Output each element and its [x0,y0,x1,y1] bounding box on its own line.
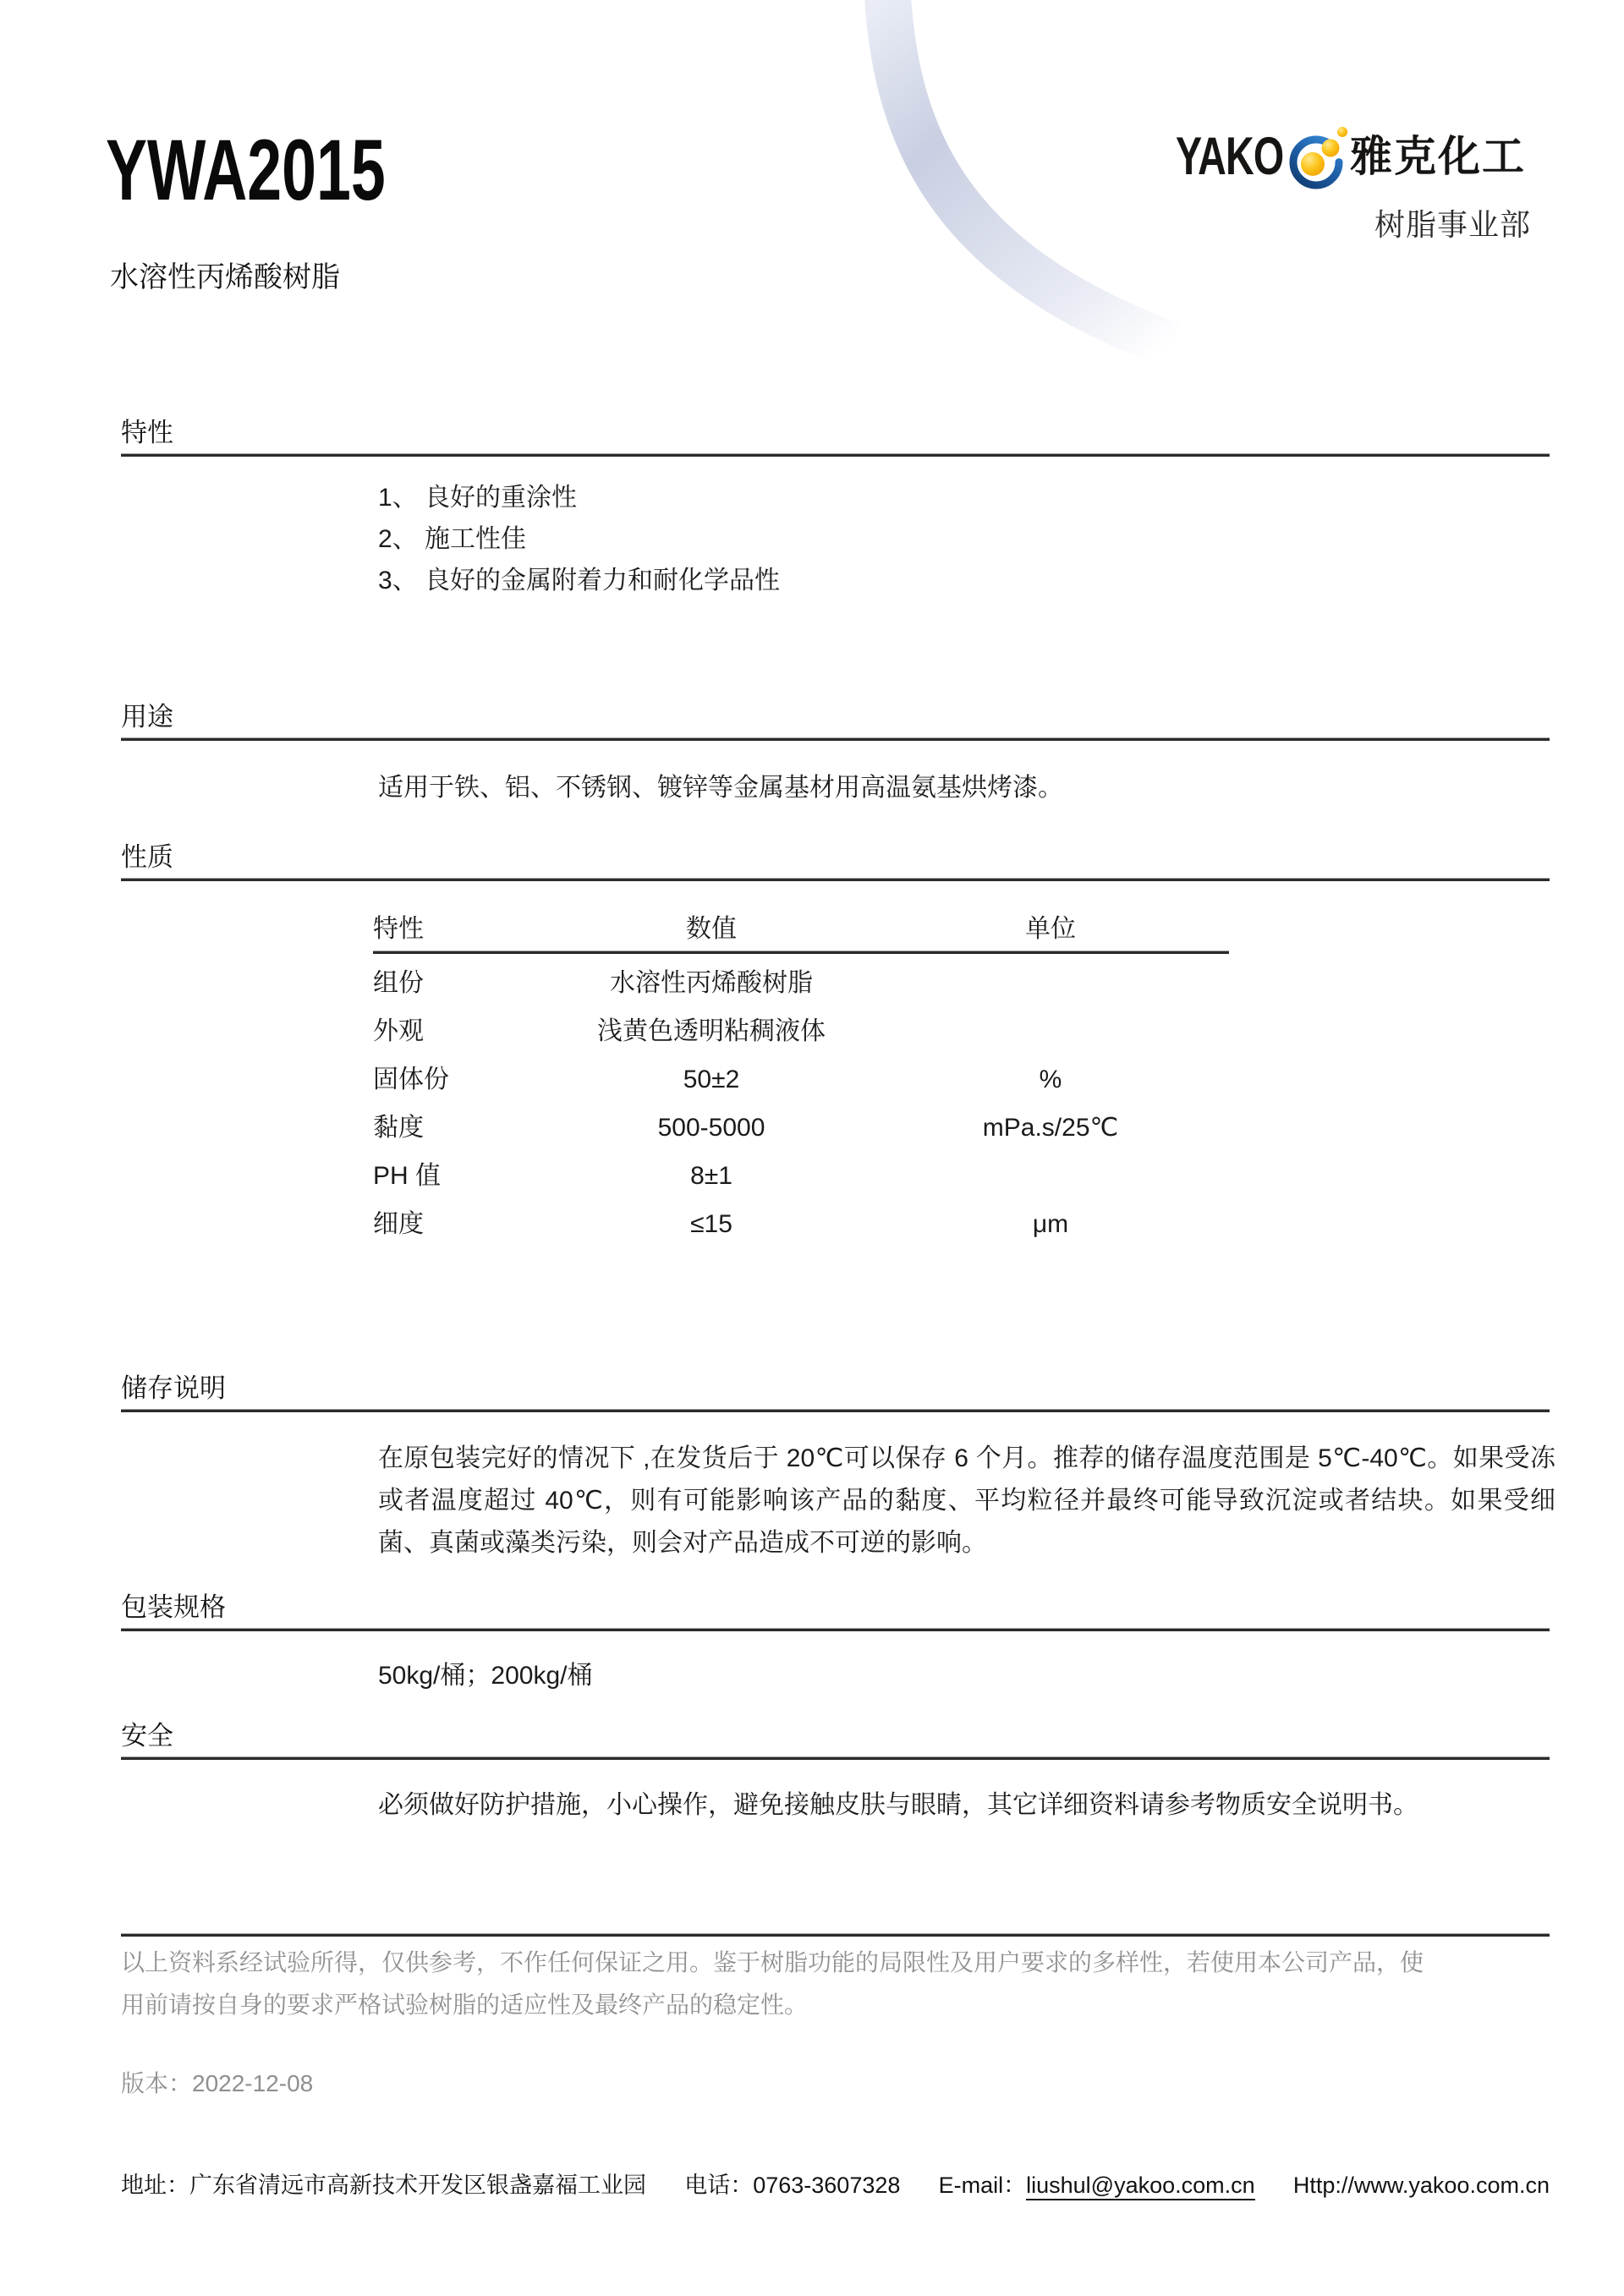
section-packaging: 包装规格 50kg/桶；200kg/桶 [121,1591,1550,1693]
email-link[interactable]: liushul@yakoo.com.cn [1026,2173,1255,2200]
yakoo-ring-icon [1284,103,1348,202]
table-row: 外观 浅黄色透明粘稠液体 [373,1007,1229,1055]
table-row: PH 值 8±1 [373,1152,1229,1200]
cell-unit: mPa.s/25℃ [872,1104,1229,1152]
feature-item: 2、 施工性佳 [378,518,1550,560]
company-logo: YAKO [1176,127,1544,241]
cell-value: ≤15 [551,1200,872,1248]
product-name-subtitle: 水溶性丙烯酸树脂 [110,254,340,295]
section-divider [121,878,1550,881]
website-text: Http://www.yakoo.com.cn [1293,2173,1550,2199]
cell-unit: % [872,1055,1229,1104]
table-col-header-property: 特性 [373,915,551,949]
version-label: 版本：2022-12-08 [121,2065,313,2099]
table-row: 固体份 50±2 % [373,1055,1229,1104]
table-row: 组份 水溶性丙烯酸树脂 [373,959,1229,1007]
table-col-header-unit: 单位 [872,915,1229,949]
section-divider [121,453,1550,457]
address-text: 地址：广东省清远市高新技术开发区银盏嘉福工业园 [121,2167,646,2200]
section-divider [121,737,1550,741]
packaging-text: 50kg/桶；200kg/桶 [378,1659,1550,1693]
phone-text: 电话：0763-3607328 [684,2167,900,2200]
table-row: 黏度 500-5000 mPa.s/25℃ [373,1104,1229,1152]
footer-divider [121,1933,1550,1937]
division-label: 树脂事业部 [1374,201,1531,244]
cell-value: 浅黄色透明粘稠液体 [551,1007,872,1055]
usage-text: 适用于铁、铝、不锈钢、镀锌等金属基材用高温氨基烘烤漆。 [378,771,1550,805]
email-label: E-mail： [939,2173,1027,2198]
cell-property: PH 值 [373,1152,551,1200]
section-title-storage: 储存说明 [121,1372,1550,1406]
table-row: 细度 ≤15 μm [373,1200,1229,1248]
section-divider [121,1628,1550,1631]
cell-property: 外观 [373,1007,551,1055]
table-body: 组份 水溶性丙烯酸树脂 外观 浅黄色透明粘稠液体 固体份 50±2 % 黏度 5… [373,954,1229,1248]
cell-unit [872,1152,1229,1200]
cell-value: 8±1 [551,1152,872,1200]
section-usage: 用途 适用于铁、铝、不锈钢、镀锌等金属基材用高温氨基烘烤漆。 [121,700,1550,805]
section-title-safety: 安全 [121,1719,1550,1753]
cell-unit: μm [872,1200,1229,1248]
contact-line: 地址：广东省清远市高新技术开发区银盏嘉福工业园 电话：0763-3607328 … [121,2167,1550,2200]
section-title-features: 特性 [121,416,1550,450]
section-title-usage: 用途 [121,700,1550,734]
safety-text: 必须做好防护措施，小心操作，避免接触皮肤与眼睛，其它详细资料请参考物质安全说明书… [378,1789,1550,1822]
cell-unit [872,1007,1229,1055]
cell-value: 50±2 [551,1055,872,1104]
properties-table: 特性 数值 单位 组份 水溶性丙烯酸树脂 外观 浅黄色透明粘稠液体 固体份 [373,915,1229,1248]
cell-value: 500-5000 [551,1104,872,1152]
brand-cjk-wordmark: 雅克化工 [1350,135,1526,178]
cell-property: 细度 [373,1200,551,1248]
feature-list: 1、 良好的重涂性 2、 施工性佳 3、 良好的金属附着力和耐化学品性 [378,477,1550,601]
table-col-header-value: 数值 [551,915,872,949]
email-item: E-mail：liushul@yakoo.com.cn [939,2167,1255,2200]
disclaimer-text: 以上资料系经试验所得，仅供参考，不作任何保证之用。鉴于树脂功能的局限性及用户要求… [121,1942,1430,2026]
storage-text: 在原包装完好的情况下 ,在发货后于 20℃可以保存 6 个月。推荐的储存温度范围… [378,1438,1555,1564]
section-safety: 安全 必须做好防护措施，小心操作，避免接触皮肤与眼睛，其它详细资料请参考物质安全… [121,1719,1550,1822]
feature-item: 3、 良好的金属附着力和耐化学品性 [378,560,1550,601]
datasheet-page: YWA2015 水溶性丙烯酸树脂 YAKO [0,0,1624,2296]
table-header-row: 特性 数值 单位 [373,915,1229,949]
section-title-properties: 性质 [121,841,1550,874]
section-title-packaging: 包装规格 [121,1591,1550,1625]
section-divider [121,1409,1550,1412]
cell-value: 水溶性丙烯酸树脂 [551,959,872,1007]
section-features: 特性 1、 良好的重涂性 2、 施工性佳 3、 良好的金属附着力和耐化学品性 [121,416,1550,601]
yako-wordmark: YAKO [1176,130,1283,184]
feature-item: 1、 良好的重涂性 [378,477,1550,518]
product-code-title: YWA2015 [106,125,386,216]
cell-property: 固体份 [373,1055,551,1104]
section-properties: 性质 特性 数值 单位 组份 水溶性丙烯酸树脂 外观 浅黄色透明粘稠液体 [121,841,1550,1248]
section-divider [121,1756,1550,1760]
cell-unit [872,959,1229,1007]
cell-property: 黏度 [373,1104,551,1152]
section-storage: 储存说明 在原包装完好的情况下 ,在发货后于 20℃可以保存 6 个月。推荐的储… [121,1372,1550,1564]
cell-property: 组份 [373,959,551,1007]
